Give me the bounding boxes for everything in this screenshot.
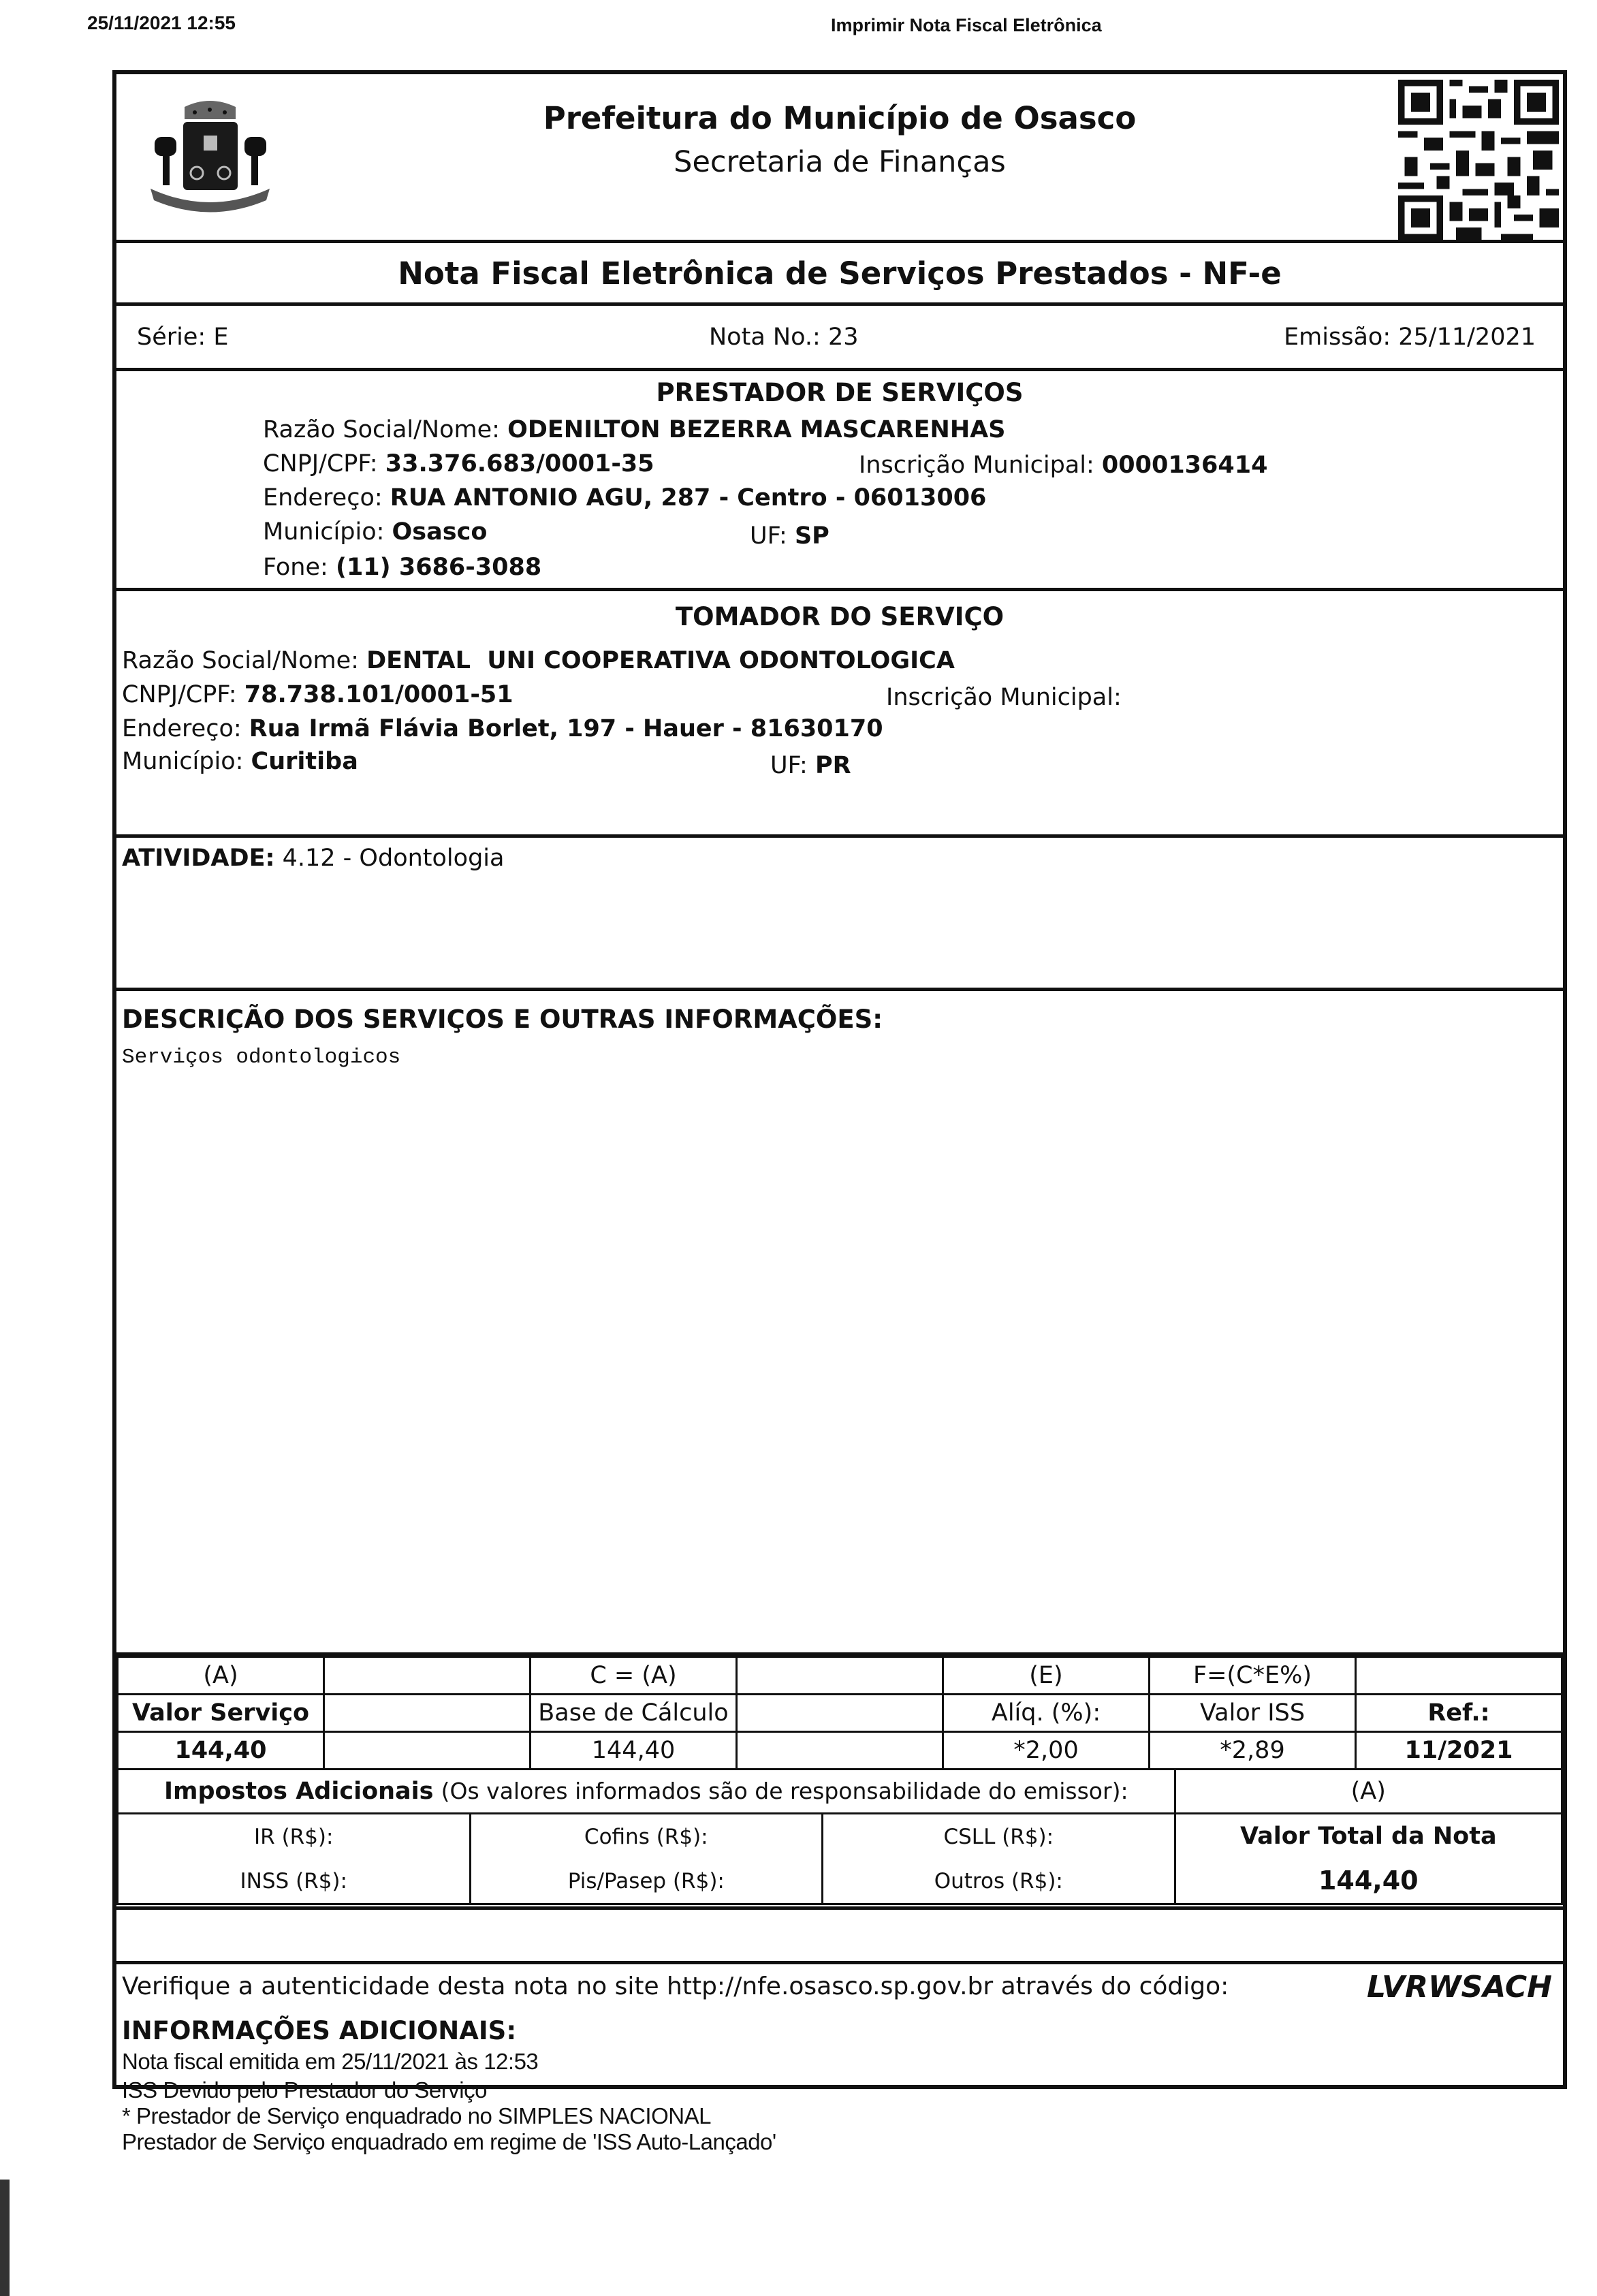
serie-field: Série: E: [137, 324, 228, 351]
prestador-title: PRESTADOR DE SERVIÇOS: [116, 378, 1563, 407]
valor-iss-label: Valor ISS: [1150, 1695, 1356, 1732]
serie-row: Série: E Nota No.: 23 Emissão: 25/11/202…: [116, 306, 1563, 371]
org-name: Prefeitura do Município de Osasco: [116, 100, 1563, 136]
outros-label: Outros (R$):: [823, 1869, 1174, 1893]
org-department: Secretaria de Finanças: [116, 145, 1563, 179]
serie-value: E: [213, 324, 228, 351]
print-header: 25/11/2021 12:55 Imprimir Nota Fiscal El…: [0, 12, 1597, 40]
impostos-table: Impostos Adicionais (Os valores informad…: [116, 1768, 1563, 1905]
valor-total-value: 144,40: [1176, 1866, 1561, 1896]
valor-servico-label: Valor Serviço: [118, 1695, 324, 1732]
verificacao-text: Verifique a autenticidade desta nota no …: [122, 1972, 1229, 2000]
scan-edge-shadow: [0, 2180, 10, 2296]
formula-cell: [737, 1657, 943, 1695]
tomador-cnpj: CNPJ/CPF: 78.738.101/0001-51: [122, 681, 513, 708]
ir-label: IR (R$):: [118, 1825, 469, 1849]
descricao-title: DESCRIÇÃO DOS SERVIÇOS E OUTRAS INFORMAÇ…: [122, 1005, 883, 1034]
info-line: ISS Devido pelo Prestador do Serviço: [122, 2077, 487, 2103]
total-formula: (A): [1175, 1770, 1562, 1814]
label-cell: [737, 1695, 943, 1732]
value-row: 144,40 144,40 *2,00 *2,89 11/2021: [118, 1732, 1562, 1770]
tomador-title: TOMADOR DO SERVIÇO: [116, 602, 1563, 631]
nota-label: Nota No.:: [709, 324, 821, 351]
atividade-field: ATIVIDADE: 4.12 - Odontologia: [122, 845, 504, 872]
nfe-form: Prefeitura do Município de Osasco Secret…: [112, 70, 1567, 2089]
prestador-section: PRESTADOR DE SERVIÇOS Razão Social/Nome:…: [116, 371, 1563, 591]
tomador-razao: Razão Social/Nome: DENTAL UNI COOPERATIV…: [122, 647, 955, 674]
label-cell: [324, 1695, 531, 1732]
label-row: Valor Serviço Base de Cálculo Alíq. (%):…: [118, 1695, 1562, 1732]
prestador-razao: Razão Social/Nome: ODENILTON BEZERRA MAS…: [263, 416, 1005, 443]
impostos-title: Impostos Adicionais (Os valores informad…: [118, 1770, 1175, 1814]
ref-label: Ref.:: [1356, 1695, 1562, 1732]
impostos-fields: IR (R$): INSS (R$): Cofins (R$): Pis/Pas…: [118, 1814, 1175, 1904]
tomador-municipio: Município: Curitiba: [122, 748, 358, 775]
valor-iss-value: *2,89: [1150, 1732, 1356, 1770]
prestador-endereco: Endereço: RUA ANTONIO AGU, 287 - Centro …: [263, 484, 986, 512]
base-calculo-value: 144,40: [531, 1732, 737, 1770]
tomador-inscricao-municipal: Inscrição Municipal:: [886, 684, 1122, 711]
value-cell: [324, 1732, 531, 1770]
atividade-section: ATIVIDADE: 4.12 - Odontologia: [116, 838, 1563, 991]
serie-label: Série:: [137, 324, 206, 351]
verificacao-code: LVRWSACH: [1367, 1970, 1552, 2004]
valor-total-label: Valor Total da Nota: [1176, 1823, 1561, 1850]
info-line: * Prestador de Serviço enquadrado no SIM…: [122, 2103, 711, 2129]
formula-row: (A) C = (A) (E) F=(C*E%): [118, 1657, 1562, 1695]
formula-cell: (A): [118, 1657, 324, 1695]
print-page-title: Imprimir Nota Fiscal Eletrônica: [831, 15, 1102, 36]
value-cell: [737, 1732, 943, 1770]
prestador-fone: Fone: (11) 3686-3088: [263, 554, 541, 581]
descricao-text: Serviços odontologicos: [122, 1045, 400, 1069]
formula-cell: C = (A): [531, 1657, 737, 1695]
qr-code-icon[interactable]: [1398, 80, 1559, 240]
print-datetime: 25/11/2021 12:55: [87, 12, 236, 34]
form-header: Prefeitura do Município de Osasco Secret…: [116, 74, 1563, 243]
emissao-value: 25/11/2021: [1398, 324, 1536, 351]
descricao-section: DESCRIÇÃO DOS SERVIÇOS E OUTRAS INFORMAÇ…: [116, 991, 1563, 1656]
ref-value: 11/2021: [1356, 1732, 1562, 1770]
pis-pasep-label: Pis/Pasep (R$):: [471, 1869, 822, 1893]
valor-servico-value: 144,40: [118, 1732, 324, 1770]
csll-label: CSLL (R$):: [823, 1825, 1174, 1849]
base-calculo-label: Base de Cálculo: [531, 1695, 737, 1732]
cofins-label: Cofins (R$):: [471, 1825, 822, 1849]
formula-cell: (E): [943, 1657, 1150, 1695]
document-title: Nota Fiscal Eletrônica de Serviços Prest…: [116, 255, 1563, 292]
valor-total-cell: Valor Total da Nota 144,40: [1175, 1814, 1562, 1904]
prestador-inscricao-municipal: Inscrição Municipal: 0000136414: [859, 452, 1267, 479]
document-title-row: Nota Fiscal Eletrônica de Serviços Prest…: [116, 243, 1563, 306]
emissao-label: Emissão:: [1284, 324, 1391, 351]
formula-cell: [324, 1657, 531, 1695]
aliquota-value: *2,00: [943, 1732, 1150, 1770]
info-adicionais-title: INFORMAÇÕES ADICIONAIS:: [122, 2016, 516, 2045]
valores-table: (A) C = (A) (E) F=(C*E%) Valor Serviço B…: [116, 1656, 1563, 1770]
tomador-uf: UF: PR: [770, 752, 851, 779]
nota-number-field: Nota No.: 23: [709, 324, 858, 351]
prestador-uf: UF: SP: [750, 522, 829, 550]
formula-cell: F=(C*E%): [1150, 1657, 1356, 1695]
emissao-field: Emissão: 25/11/2021: [1284, 324, 1536, 351]
aliquota-label: Alíq. (%):: [943, 1695, 1150, 1732]
tomador-section: TOMADOR DO SERVIÇO Razão Social/Nome: DE…: [116, 591, 1563, 838]
formula-cell: [1356, 1657, 1562, 1695]
info-line: Prestador de Serviço enquadrado em regim…: [122, 2129, 776, 2155]
prestador-cnpj: CNPJ/CPF: 33.376.683/0001-35: [263, 450, 654, 477]
inss-label: INSS (R$):: [118, 1869, 469, 1893]
prestador-municipio: Município: Osasco: [263, 518, 487, 546]
info-line: Nota fiscal emitida em 25/11/2021 às 12:…: [122, 2049, 538, 2075]
spacer-row: [116, 1906, 1563, 1964]
tomador-endereco: Endereço: Rua Irmã Flávia Borlet, 197 - …: [122, 715, 883, 742]
verificacao-section: Verifique a autenticidade desta nota no …: [116, 1964, 1563, 2087]
nota-value: 23: [828, 324, 859, 351]
